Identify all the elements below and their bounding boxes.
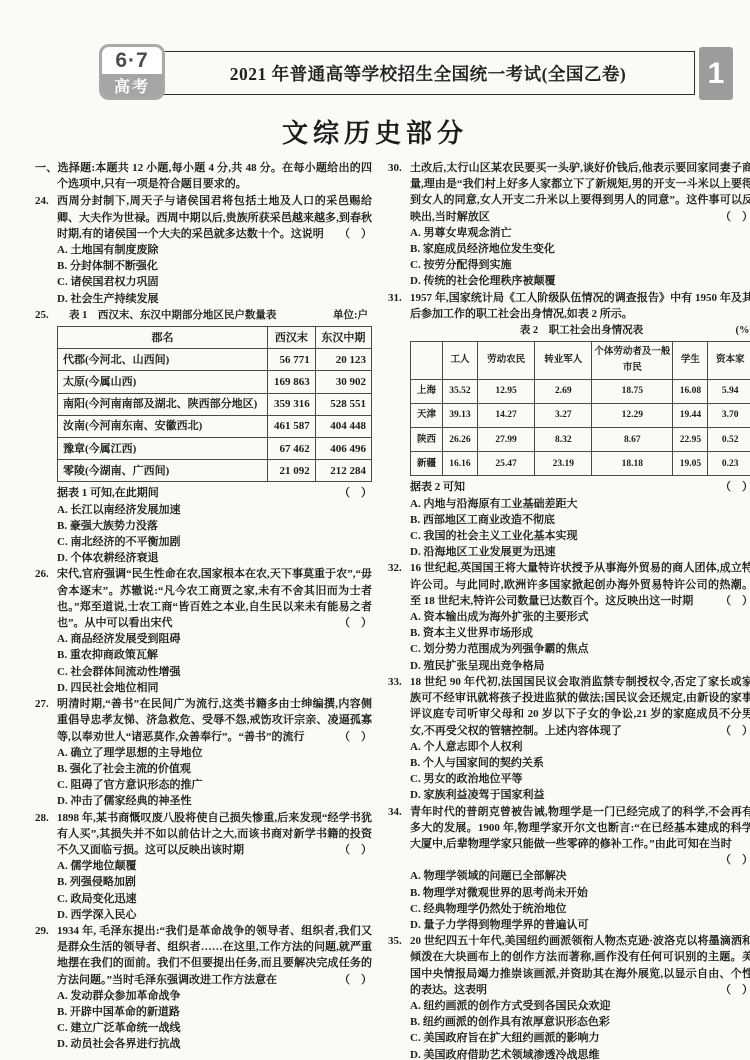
question-32-option-b: B. 资本主义世界市场形成 (410, 625, 750, 641)
question-29-option-c: C. 建立广泛革命统一战线 (57, 1020, 372, 1036)
question-34: 34. 青年时代的普朗克曾被告诫,物理学是一门已经完成了的科学,不会再有多大的发… (388, 804, 750, 934)
question-26-stem: 宋代,官府强调“民生性命在农,国家根本在农,天下事莫重于农”,“毋舍本逐末”。苏… (57, 566, 372, 631)
question-30-stem-text: 土改后,太行山区某农民要买一头驴,谈好价钱后,他表示要回家同妻子商量,理由是“我… (410, 162, 750, 223)
question-25-stem-text: 据表 1 可知,在此期间 (57, 487, 159, 499)
table-cell: 南阳(今河南南部及湖北、陕西部分地区) (58, 393, 268, 415)
table-2-header: 学生 (673, 342, 708, 379)
table-cell: 461 587 (267, 415, 315, 437)
table-2-header: 劳动农民 (477, 342, 534, 379)
table-1-row: 零陵(今湖南、广西间) 21 092 212 284 (58, 460, 372, 482)
answer-bracket: （ ） (339, 485, 372, 501)
question-24: 24. 西周分封制下,周天子与诸侯国君将包括土地及人口的采邑赐给卿、大夫作为世禄… (35, 193, 372, 306)
question-32-number: 32. (388, 560, 402, 576)
question-28-option-d: D. 西学深入民心 (57, 907, 372, 923)
table-1-row: 汝南(今河南东南、安徽西北) 461 587 404 448 (58, 415, 372, 437)
question-31-stem: 1957 年,国家统计局《工人阶级队伍情况的调查报告》中有 1950 年及其后参… (410, 290, 750, 322)
question-29-number: 29. (35, 923, 49, 939)
answer-bracket: （ ） (720, 209, 750, 225)
question-30-option-d: D. 传统的社会伦理秩序被颠覆 (410, 273, 750, 289)
table-2-row: 陕西 26.26 27.99 8.32 8.67 22.95 0.52 (411, 428, 750, 452)
table-cell: 56 771 (267, 349, 315, 371)
table-cell: 20 123 (315, 349, 371, 371)
question-34-stem: 青年时代的普朗克曾被告诫,物理学是一门已经完成了的科学,不会再有多大的发展。19… (410, 804, 750, 869)
table-1-caption-row: 表 1 西汉末、东汉中期部分地区民户数量表 单位:户 (57, 307, 372, 325)
table-cell: 19.05 (673, 452, 708, 476)
table-cell: 23.19 (535, 452, 592, 476)
question-34-option-a: A. 物理学领域的问题已全部解决 (410, 868, 750, 884)
question-27-stem: 明清时期,“善书”在民间广为流行,这类书籍多由士绅编撰,内容侧重倡导忠孝友悌、济… (57, 696, 372, 745)
question-35-option-a: A. 纽约画派的创作方式受到各国民众欢迎 (410, 998, 750, 1014)
question-28-number: 28. (35, 810, 49, 826)
question-30-option-c: C. 按劳分配得到实施 (410, 257, 750, 273)
table-1-header-row: 郡名 西汉末 东汉中期 (58, 327, 372, 349)
brand-logo: 6·7 高考 (99, 44, 165, 100)
table-cell: 39.13 (442, 403, 477, 427)
question-25-number: 25. (35, 307, 49, 323)
table-cell: 30 902 (315, 371, 371, 393)
question-26-option-d: D. 四民社会地位相同 (57, 680, 372, 696)
table-cell: 零陵(今湖南、广西间) (58, 460, 268, 482)
answer-bracket: （ ） (720, 982, 750, 998)
table-cell: 豫章(今属江西) (58, 438, 268, 460)
right-column: 30. 土改后,太行山区某农民要买一头驴,谈好价钱后,他表示要回家同妻子商量,理… (388, 160, 750, 1060)
question-29-option-d: D. 动员社会各界进行抗战 (57, 1036, 372, 1052)
question-25: 25. 表 1 西汉末、东汉中期部分地区民户数量表 单位:户 郡名 西汉末 东汉… (35, 307, 372, 567)
question-34-number: 34. (388, 804, 402, 820)
table-cell: 169 863 (267, 371, 315, 393)
question-35-number: 35. (388, 933, 402, 949)
table-cell: 新疆 (411, 452, 443, 476)
question-32-stem-text: 16 世纪起,英国国王将大量特许状授予从事海外贸易的商人团体,成立特许公司。与此… (410, 562, 750, 606)
table-cell: 汝南(今河南东南、安徽西北) (58, 415, 268, 437)
table-1-row: 南阳(今河南南部及湖北、陕西部分地区) 359 316 528 551 (58, 393, 372, 415)
question-31: 31. 1957 年,国家统计局《工人阶级队伍情况的调查报告》中有 1950 年… (388, 290, 750, 561)
exam-title-bar: 2021 年普通高等学校招生全国统一考试(全国乙卷) (161, 51, 695, 95)
question-33-number: 33. (388, 674, 402, 690)
answer-bracket: （ ） (720, 479, 750, 495)
table-1-caption: 表 1 西汉末、东汉中期部分地区民户数量表 (69, 308, 276, 324)
table-1-row: 豫章(今属江西) 67 462 406 496 (58, 438, 372, 460)
table-2-row: 天津 39.13 14.27 3.27 12.29 19.44 3.70 (411, 403, 750, 427)
question-33-option-b: B. 个人与国家间的契约关系 (410, 755, 750, 771)
table-cell: 12.95 (477, 379, 534, 403)
table-cell: 18.75 (592, 379, 673, 403)
table-cell: 0.52 (708, 428, 750, 452)
table-cell: 406 496 (315, 438, 371, 460)
table-1-header: 郡名 (58, 327, 268, 349)
question-28-option-a: A. 儒学地位颠覆 (57, 858, 372, 874)
table-cell: 67 462 (267, 438, 315, 460)
question-26-number: 26. (35, 566, 49, 582)
table-cell: 8.32 (535, 428, 592, 452)
question-33-option-a: A. 个人意志即个人权利 (410, 739, 750, 755)
table-cell: 35.52 (442, 379, 477, 403)
table-2-caption-row: 表 2 职工社会出身情况表 (%) (410, 322, 750, 340)
question-32: 32. 16 世纪起,英国国王将大量特许状授予从事海外贸易的商人团体,成立特许公… (388, 560, 750, 673)
question-28-option-b: B. 列强侵略加剧 (57, 874, 372, 890)
question-27-option-a: A. 确立了理学思想的主导地位 (57, 745, 372, 761)
question-24-option-c: C. 诸侯国君权力巩固 (57, 274, 372, 290)
question-30-stem: 土改后,太行山区某农民要买一头驴,谈好价钱后,他表示要回家同妻子商量,理由是“我… (410, 160, 750, 225)
question-24-stem-text: 西周分封制下,周天子与诸侯国君将包括土地及人口的采邑赐给卿、大夫作为世禄。西周中… (57, 195, 372, 239)
question-30-number: 30. (388, 160, 402, 176)
question-26-option-a: A. 商品经济发展受到阻碍 (57, 631, 372, 647)
table-cell: 16.16 (442, 452, 477, 476)
table-cell: 0.23 (708, 452, 750, 476)
answer-bracket: （ ） (339, 226, 372, 242)
question-35-option-c: C. 美国政府旨在扩大纽约画派的影响力 (410, 1030, 750, 1046)
answer-bracket: （ ） (720, 593, 750, 609)
question-35: 35. 20 世纪四五十年代,美国纽约画派领衔人物杰克逊·波洛克以将墨滴洒和倾泼… (388, 933, 750, 1060)
question-31-option-c: C. 我国的社会主义工业化基本实现 (410, 528, 750, 544)
question-25-option-b: B. 豪强大族势力没落 (57, 518, 372, 534)
table-cell: 22.95 (673, 428, 708, 452)
table-cell: 21 092 (267, 460, 315, 482)
section-main-title: 文综历史部分 (0, 113, 750, 150)
table-cell: 2.69 (535, 379, 592, 403)
answer-bracket: （ ） (339, 615, 372, 631)
exam-page: 6·7 高考 2021 年普通高等学校招生全国统一考试(全国乙卷) 1 文综历史… (0, 0, 750, 1060)
question-34-option-c: C. 经典物理学仍然处于统治地位 (410, 901, 750, 917)
question-32-option-a: A. 资本输出成为海外扩张的主要形式 (410, 609, 750, 625)
question-31-option-d: D. 沿海地区工业发展更为迅速 (410, 544, 750, 560)
question-32-option-d: D. 殖民扩张呈现出竞争格局 (410, 658, 750, 674)
table-cell: 上海 (411, 379, 443, 403)
table-cell: 太原(今属山西) (58, 371, 268, 393)
table-cell: 19.44 (673, 403, 708, 427)
question-31-stem-after: 据表 2 可知（ ） (410, 479, 750, 495)
question-26-option-c: C. 社会群体间流动性增强 (57, 664, 372, 680)
table-cell: 12.29 (592, 403, 673, 427)
question-27-number: 27. (35, 696, 49, 712)
table-cell: 代郡(今河北、山西间) (58, 349, 268, 371)
question-30-option-b: B. 家庭成员经济地位发生变化 (410, 241, 750, 257)
question-25-option-c: C. 南北经济的不平衡加剧 (57, 534, 372, 550)
question-33-stem-text: 18 世纪 90 年代初,法国国民议会取消监禁专制授权令,否定了家长或家族可不经… (410, 676, 750, 737)
answer-bracket: （ ） (720, 723, 750, 739)
question-29-stem: 1934 年, 毛泽东提出:“我们是革命战争的领导者、组织者,我们又是群众生活的… (57, 923, 372, 988)
question-35-option-d: D. 美国政府借助艺术领域渗透冷战思维 (410, 1047, 750, 1060)
question-25-option-d: D. 个体农耕经济衰退 (57, 550, 372, 566)
table-1-unit: 单位:户 (333, 308, 368, 324)
question-35-option-b: B. 纽约画派的创作具有浓厚意识形态色彩 (410, 1014, 750, 1030)
question-24-option-b: B. 分封体制不断强化 (57, 258, 372, 274)
question-33-option-c: C. 男女的政治地位平等 (410, 771, 750, 787)
question-27: 27. 明清时期,“善书”在民间广为流行,这类书籍多由士绅编撰,内容侧重倡导忠孝… (35, 696, 372, 809)
question-28-stem-text: 1898 年,某书商慨叹废八股将使自己损失惨重,后来发现“经学书犹有人买”,其损… (57, 812, 372, 856)
table-1-row: 代郡(今河北、山西间) 56 771 20 123 (58, 349, 372, 371)
question-26: 26. 宋代,官府强调“民生性命在农,国家根本在农,天下事莫重于农”,“毋舍本逐… (35, 566, 372, 696)
question-29-option-a: A. 发动群众参加革命战争 (57, 988, 372, 1004)
question-34-option-d: D. 量子力学得到物理学界的普遍认可 (410, 917, 750, 933)
table-2-caption: 表 2 职工社会出身情况表 (520, 325, 643, 336)
brand-logo-bottom-text: 高考 (102, 74, 162, 97)
question-31-option-a: A. 内地与沿海原有工业基础差距大 (410, 496, 750, 512)
left-column: 一、选择题:本题共 12 小题,每小题 4 分,共 48 分。在每小题给出的四个… (35, 160, 372, 1053)
table-cell: 8.67 (592, 428, 673, 452)
table-cell: 18.18 (592, 452, 673, 476)
answer-bracket: （ ） (339, 972, 372, 988)
question-28-option-c: C. 政局变化迅速 (57, 891, 372, 907)
question-31-option-b: B. 西部地区工商业改造不彻底 (410, 512, 750, 528)
question-31-stem-text: 1957 年,国家统计局《工人阶级队伍情况的调查报告》中有 1950 年及其后参… (410, 292, 750, 320)
table-cell: 3.27 (535, 403, 592, 427)
table-2-header-row: 工人 劳动农民 转业军人 个体劳动者及一般市民 学生 资本家 (411, 342, 750, 379)
section-intro: 一、选择题:本题共 12 小题,每小题 4 分,共 48 分。在每小题给出的四个… (35, 160, 372, 192)
table-cell: 14.27 (477, 403, 534, 427)
question-34-stem-text: 青年时代的普朗克曾被告诫,物理学是一门已经完成了的科学,不会再有多大的发展。19… (410, 806, 750, 850)
table-2-header (411, 342, 443, 379)
table-cell: 212 284 (315, 460, 371, 482)
question-26-stem-text: 宋代,官府强调“民生性命在农,国家根本在农,天下事莫重于农”,“毋舍本逐末”。苏… (57, 568, 372, 629)
table-cell: 359 316 (267, 393, 315, 415)
question-27-option-d: D. 冲击了儒家经典的神圣性 (57, 793, 372, 809)
table-cell: 陕西 (411, 428, 443, 452)
question-25-option-a: A. 长江以南经济发展加速 (57, 502, 372, 518)
question-35-stem: 20 世纪四五十年代,美国纽约画派领衔人物杰克逊·波洛克以将墨滴洒和倾泼在大块画… (410, 933, 750, 998)
question-30-option-a: A. 男尊女卑观念消亡 (410, 225, 750, 241)
question-33: 33. 18 世纪 90 年代初,法国国民议会取消监禁专制授权令,否定了家长或家… (388, 674, 750, 804)
question-25-stem: 据表 1 可知,在此期间（ ） (57, 485, 372, 501)
table-cell: 528 551 (315, 393, 371, 415)
table-cell: 5.94 (708, 379, 750, 403)
answer-bracket: （ ） (339, 842, 372, 858)
table-cell: 3.70 (708, 403, 750, 427)
table-2-row: 新疆 16.16 25.47 23.19 18.18 19.05 0.23 (411, 452, 750, 476)
table-1: 郡名 西汉末 东汉中期 代郡(今河北、山西间) 56 771 20 123 太原… (57, 326, 372, 482)
table-cell: 404 448 (315, 415, 371, 437)
question-27-option-c: C. 阻碍了官方意识形态的推广 (57, 777, 372, 793)
table-cell: 27.99 (477, 428, 534, 452)
question-27-option-b: B. 强化了社会主流的价值观 (57, 761, 372, 777)
question-24-number: 24. (35, 193, 49, 209)
table-2-header: 资本家 (708, 342, 750, 379)
table-cell: 天津 (411, 403, 443, 427)
question-31-number: 31. (388, 290, 402, 306)
question-28: 28. 1898 年,某书商慨叹废八股将使自己损失惨重,后来发现“经学书犹有人买… (35, 810, 372, 923)
table-2-row: 上海 35.52 12.95 2.69 18.75 16.08 5.94 (411, 379, 750, 403)
question-34-option-b: B. 物理学对微观世界的思考尚未开始 (410, 885, 750, 901)
question-30: 30. 土改后,太行山区某农民要买一头驴,谈好价钱后,他表示要回家同妻子商量,理… (388, 160, 750, 290)
answer-bracket: （ ） (720, 852, 750, 868)
question-31-stem-after-text: 据表 2 可知 (410, 481, 465, 493)
table-2-header: 转业军人 (535, 342, 592, 379)
table-cell: 25.47 (477, 452, 534, 476)
question-27-stem-text: 明清时期,“善书”在民间广为流行,这类书籍多由士绅编撰,内容侧重倡导忠孝友悌、济… (57, 698, 372, 742)
question-33-stem: 18 世纪 90 年代初,法国国民议会取消监禁专制授权令,否定了家长或家族可不经… (410, 674, 750, 739)
table-cell: 16.08 (673, 379, 708, 403)
page-number-badge: 1 (699, 47, 733, 100)
table-1-header: 西汉末 (267, 327, 315, 349)
table-2: 工人 劳动农民 转业军人 个体劳动者及一般市民 学生 资本家 上海 35.52 … (410, 341, 750, 476)
table-2-unit: (%) (736, 323, 750, 339)
question-32-option-c: C. 划分势力范围成为列强争霸的焦点 (410, 641, 750, 657)
question-35-stem-text: 20 世纪四五十年代,美国纽约画派领衔人物杰克逊·波洛克以将墨滴洒和倾泼在大块画… (410, 935, 750, 996)
question-29-option-b: B. 开辟中国革命的新道路 (57, 1004, 372, 1020)
question-24-stem: 西周分封制下,周天子与诸侯国君将包括土地及人口的采邑赐给卿、大夫作为世禄。西周中… (57, 193, 372, 242)
question-26-option-b: B. 重农抑商政策瓦解 (57, 647, 372, 663)
table-1-row: 太原(今属山西) 169 863 30 902 (58, 371, 372, 393)
table-1-header: 东汉中期 (315, 327, 371, 349)
exam-title: 2021 年普通高等学校招生全国统一考试(全国乙卷) (230, 61, 627, 86)
question-33-option-d: D. 家族利益凌驾于国家利益 (410, 787, 750, 803)
question-24-option-a: A. 土地国有制度废除 (57, 242, 372, 258)
table-cell: 26.26 (442, 428, 477, 452)
brand-logo-top-text: 6·7 (102, 47, 162, 74)
table-2-header: 个体劳动者及一般市民 (592, 342, 673, 379)
question-32-stem: 16 世纪起,英国国王将大量特许状授予从事海外贸易的商人团体,成立特许公司。与此… (410, 560, 750, 609)
question-29: 29. 1934 年, 毛泽东提出:“我们是革命战争的领导者、组织者,我们又是群… (35, 923, 372, 1053)
table-2-header: 工人 (442, 342, 477, 379)
question-24-option-d: D. 社会生产持续发展 (57, 291, 372, 307)
question-28-stem: 1898 年,某书商慨叹废八股将使自己损失惨重,后来发现“经学书犹有人买”,其损… (57, 810, 372, 859)
answer-bracket: （ ） (339, 729, 372, 745)
question-29-stem-text: 1934 年, 毛泽东提出:“我们是革命战争的领导者、组织者,我们又是群众生活的… (57, 925, 372, 986)
